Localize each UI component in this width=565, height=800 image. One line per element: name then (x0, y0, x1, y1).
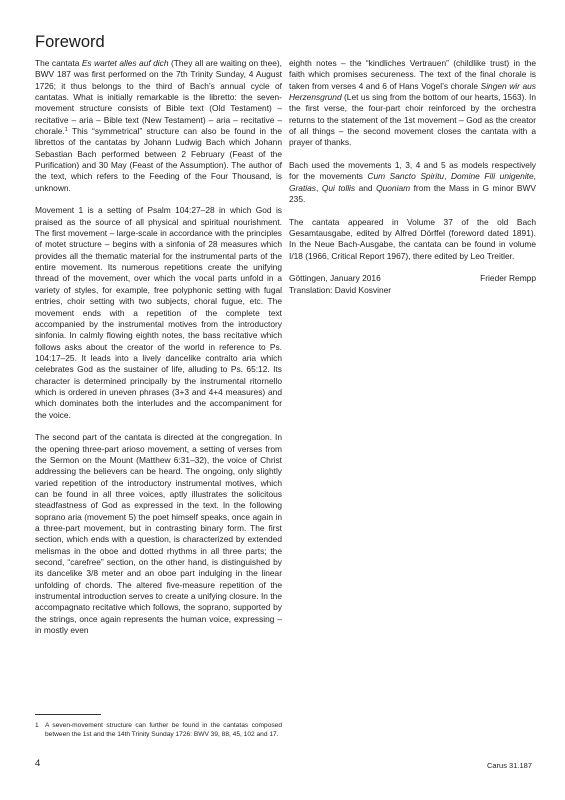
cantata-title-italic: Es wartet alles auf dich (82, 58, 169, 68)
page-title: Foreword (35, 33, 105, 52)
author-name: Frieder Rempp (480, 273, 536, 284)
left-column: The cantata Es wartet alles auf dich (Th… (35, 58, 282, 648)
movement-title-italic: Domine Fili unigenite (451, 171, 534, 181)
right-column: eighth notes – the “kindliches Vertrauen… (289, 58, 536, 296)
paragraph-second-part: The second part of the cantata is direct… (35, 432, 282, 636)
place-date: Göttingen, January 2016 (289, 273, 381, 284)
text: and (355, 183, 376, 193)
translator-credit: Translation: David Kosviner (289, 285, 536, 296)
paragraph-mass-models: Bach used the movements 1, 3, 4 and 5 as… (289, 160, 536, 205)
paragraph-movement-1: Movement 1 is a setting of Psalm 104:27–… (35, 205, 282, 421)
signature-line: Göttingen, January 2016 Frieder Rempp (289, 273, 536, 284)
paragraph-editions: The cantata appeared in Volume 37 of the… (289, 217, 536, 262)
movement-title-italic: Cum Sancto Spiritu (367, 171, 444, 181)
movement-title-italic: Gratias (289, 183, 316, 193)
text: (They all are waiting on thee), BWV 187 … (35, 58, 282, 136)
text: This “symmetrical” structure can also be… (35, 126, 282, 193)
paragraph-intro: The cantata Es wartet alles auf dich (Th… (35, 58, 282, 194)
movement-title-italic: Quoniam (376, 183, 410, 193)
paragraph-chorale: eighth notes – the “kindliches Vertrauen… (289, 58, 536, 149)
footnote: 1 A seven-movement structure can further… (35, 722, 282, 740)
catalog-number: Carus 31.187 (487, 761, 532, 770)
page-number: 4 (35, 758, 40, 769)
footnote-text: A seven-movement structure can further b… (45, 722, 282, 740)
footnote-divider (35, 714, 101, 715)
text: , (534, 171, 536, 181)
movement-title-italic: Qui tollis (322, 183, 355, 193)
footnote-number: 1 (35, 722, 45, 740)
text: The cantata (35, 58, 82, 68)
text: , (444, 171, 451, 181)
